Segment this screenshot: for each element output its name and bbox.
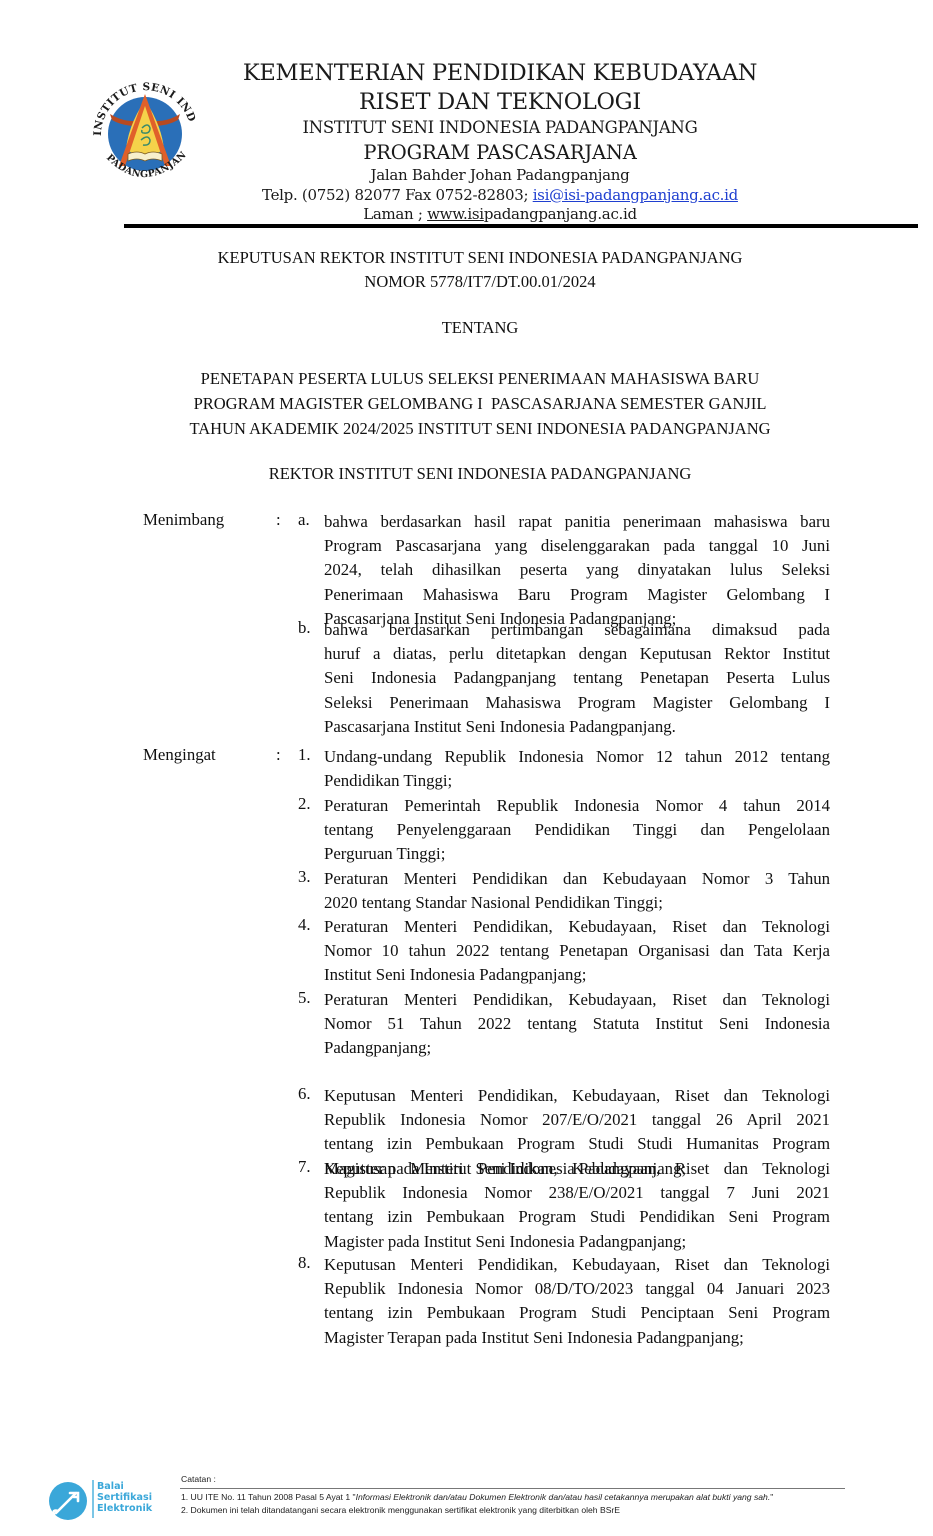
item-line: bahwa berdasarkan pertimbangan sebagaima… bbox=[324, 618, 830, 642]
note-1-suffix: " bbox=[770, 1492, 773, 1502]
bsre-divider bbox=[92, 1480, 94, 1518]
item-line: 2024, telah dihasilkan peserta yang diny… bbox=[324, 558, 830, 582]
item-marker: 5. bbox=[298, 988, 311, 1008]
item-line: Seni Indonesia Padangpanjang tentang Pen… bbox=[324, 666, 830, 690]
phone-fax: Telp. (0752) 82077 Fax 0752-82803; bbox=[262, 186, 533, 204]
website-link-rest[interactable]: padangpanjang.ac.id bbox=[484, 205, 637, 223]
item-marker: 7. bbox=[298, 1157, 311, 1177]
notes-divider bbox=[180, 1488, 845, 1489]
item-line: Padangpanjang; bbox=[324, 1036, 830, 1060]
decree-title: KEPUTUSAN REKTOR INSTITUT SENI INDONESIA… bbox=[80, 246, 880, 270]
note-1-prefix: 1. UU ITE No. 11 Tahun 2008 Pasal 5 Ayat… bbox=[181, 1492, 356, 1502]
item-line: Keputusan Menteri Pendidikan, Kebudayaan… bbox=[324, 1157, 830, 1181]
mengingat-label: Mengingat bbox=[143, 745, 216, 765]
item-marker: b. bbox=[298, 618, 311, 638]
website-link-part[interactable]: www.isi bbox=[427, 205, 484, 223]
item-line: Keputusan Menteri Pendidikan, Kebudayaan… bbox=[324, 1253, 830, 1277]
bsre-wordmark: Balai Sertifikasi Elektronik bbox=[97, 1481, 152, 1515]
item-text: Peraturan Menteri Pendidikan, Kebudayaan… bbox=[324, 988, 830, 1061]
item-line: Seleksi Penerimaan Mahasiswa Program Mag… bbox=[324, 691, 830, 715]
item-marker: 8. bbox=[298, 1253, 311, 1273]
note-1: 1. UU ITE No. 11 Tahun 2008 Pasal 5 Ayat… bbox=[181, 1492, 773, 1502]
item-text: Peraturan Menteri Pendidikan dan Kebuday… bbox=[324, 867, 830, 915]
item-line: Institut Seni Indonesia Padangpanjang; bbox=[324, 963, 830, 987]
decree-about: TENTANG bbox=[80, 316, 880, 340]
item-line: Peraturan Menteri Pendidikan, Kebudayaan… bbox=[324, 988, 830, 1012]
item-text: Keputusan Menteri Pendidikan, Kebudayaan… bbox=[324, 1253, 830, 1350]
item-line: Pendidikan Tinggi; bbox=[324, 769, 830, 793]
colon: : bbox=[276, 510, 281, 530]
website-line: Laman ; www.isipadangpanjang.ac.id bbox=[200, 205, 800, 225]
item-line: Republik Indonesia Nomor 08/D/TO/2023 ta… bbox=[324, 1277, 830, 1301]
decree-heading: KEPUTUSAN REKTOR INSTITUT SENI INDONESIA… bbox=[80, 246, 880, 294]
letterhead-divider bbox=[124, 224, 918, 228]
note-2: 2. Dokumen ini telah ditandatangani seca… bbox=[181, 1505, 620, 1515]
item-line: Republik Indonesia Nomor 207/E/O/2021 ta… bbox=[324, 1108, 830, 1132]
institute-seal-icon: INSTITUT SENI INDONESIA PADANGPANJANG bbox=[76, 70, 214, 188]
subject-line: PROGRAM MAGISTER GELOMBANG I PASCASARJAN… bbox=[80, 391, 880, 416]
item-text: Peraturan Menteri Pendidikan, Kebudayaan… bbox=[324, 915, 830, 988]
item-line: tentang Penyelenggaraan Pendidikan Tingg… bbox=[324, 818, 830, 842]
item-line: tentang izin Pembukaan Program Studi Stu… bbox=[324, 1132, 830, 1156]
item-line: Peraturan Pemerintah Republik Indonesia … bbox=[324, 794, 830, 818]
item-line: Nomor 10 tahun 2022 tentang Penetapan Or… bbox=[324, 939, 830, 963]
notes-label: Catatan : bbox=[181, 1474, 216, 1484]
colon: : bbox=[276, 745, 281, 765]
institute-name: INSTITUT SENI INDONESIA PADANGPANJANG bbox=[200, 116, 800, 140]
website-label: Laman ; bbox=[363, 205, 427, 223]
item-line: Perguruan Tinggi; bbox=[324, 842, 830, 866]
item-marker: 4. bbox=[298, 915, 311, 935]
item-line: huruf a diatas, perlu ditetapkan dengan … bbox=[324, 642, 830, 666]
item-line: Magister pada Institut Seni Indonesia Pa… bbox=[324, 1230, 830, 1254]
item-line: Pascasarjana Institut Seni Indonesia Pad… bbox=[324, 715, 830, 739]
item-line: Republik Indonesia Nomor 238/E/O/2021 ta… bbox=[324, 1181, 830, 1205]
email-link[interactable]: isi@isi-padangpanjang.ac.id bbox=[533, 186, 738, 204]
item-line: tentang izin Pembukaan Program Studi Pen… bbox=[324, 1205, 830, 1229]
item-marker: 2. bbox=[298, 794, 311, 814]
bsre-key-icon bbox=[48, 1481, 92, 1521]
item-line: Peraturan Menteri Pendidikan, Kebudayaan… bbox=[324, 915, 830, 939]
menimbang-label: Menimbang bbox=[143, 510, 224, 530]
note-1-quote: Informasi Elektronik dan/atau Dokumen El… bbox=[356, 1492, 771, 1502]
item-line: Magister Terapan pada Institut Seni Indo… bbox=[324, 1326, 830, 1350]
item-marker: 3. bbox=[298, 867, 311, 887]
item-line: Penerimaan Mahasiswa Baru Program Magist… bbox=[324, 583, 830, 607]
item-text: bahwa berdasarkan hasil rapat panitia pe… bbox=[324, 510, 830, 631]
item-text: Peraturan Pemerintah Republik Indonesia … bbox=[324, 794, 830, 867]
decree-number: NOMOR 5778/IT7/DT.00.01/2024 bbox=[80, 270, 880, 294]
bsre-line: Elektronik bbox=[97, 1503, 152, 1514]
item-line: Peraturan Menteri Pendidikan dan Kebuday… bbox=[324, 867, 830, 891]
item-line: 2020 tentang Standar Nasional Pendidikan… bbox=[324, 891, 830, 915]
item-marker: 6. bbox=[298, 1084, 311, 1104]
item-marker: a. bbox=[298, 510, 310, 530]
bsre-line: Sertifikasi bbox=[97, 1492, 152, 1503]
subject-line: TAHUN AKADEMIK 2024/2025 INSTITUT SENI I… bbox=[80, 416, 880, 441]
item-text: bahwa berdasarkan pertimbangan sebagaima… bbox=[324, 618, 830, 739]
item-text: Undang-undang Republik Indonesia Nomor 1… bbox=[324, 745, 830, 793]
decree-subject: PENETAPAN PESERTA LULUS SELEKSI PENERIMA… bbox=[80, 366, 880, 441]
letterhead: KEMENTERIAN PENDIDIKAN KEBUDAYAAN RISET … bbox=[200, 58, 800, 225]
decree-issuer: REKTOR INSTITUT SENI INDONESIA PADANGPAN… bbox=[80, 462, 880, 486]
program-name: PROGRAM PASCASARJANA bbox=[200, 140, 800, 166]
ministry-line-2: RISET DAN TEKNOLOGI bbox=[200, 88, 800, 116]
item-text: Keputusan Menteri Pendidikan, Kebudayaan… bbox=[324, 1157, 830, 1254]
subject-line: PENETAPAN PESERTA LULUS SELEKSI PENERIMA… bbox=[80, 366, 880, 391]
bsre-line: Balai bbox=[97, 1481, 152, 1492]
contact-line: Telp. (0752) 82077 Fax 0752-82803; isi@i… bbox=[200, 186, 800, 206]
item-line: Nomor 51 Tahun 2022 tentang Statuta Inst… bbox=[324, 1012, 830, 1036]
item-line: Program Pascasarjana yang diselenggaraka… bbox=[324, 534, 830, 558]
address: Jalan Bahder Johan Padangpanjang bbox=[200, 166, 800, 186]
item-line: Keputusan Menteri Pendidikan, Kebudayaan… bbox=[324, 1084, 830, 1108]
ministry-line-1: KEMENTERIAN PENDIDIKAN KEBUDAYAAN bbox=[200, 58, 800, 88]
item-line: bahwa berdasarkan hasil rapat panitia pe… bbox=[324, 510, 830, 534]
item-line: Undang-undang Republik Indonesia Nomor 1… bbox=[324, 745, 830, 769]
item-marker: 1. bbox=[298, 745, 311, 765]
item-line: tentang izin Pembukaan Program Studi Pen… bbox=[324, 1301, 830, 1325]
